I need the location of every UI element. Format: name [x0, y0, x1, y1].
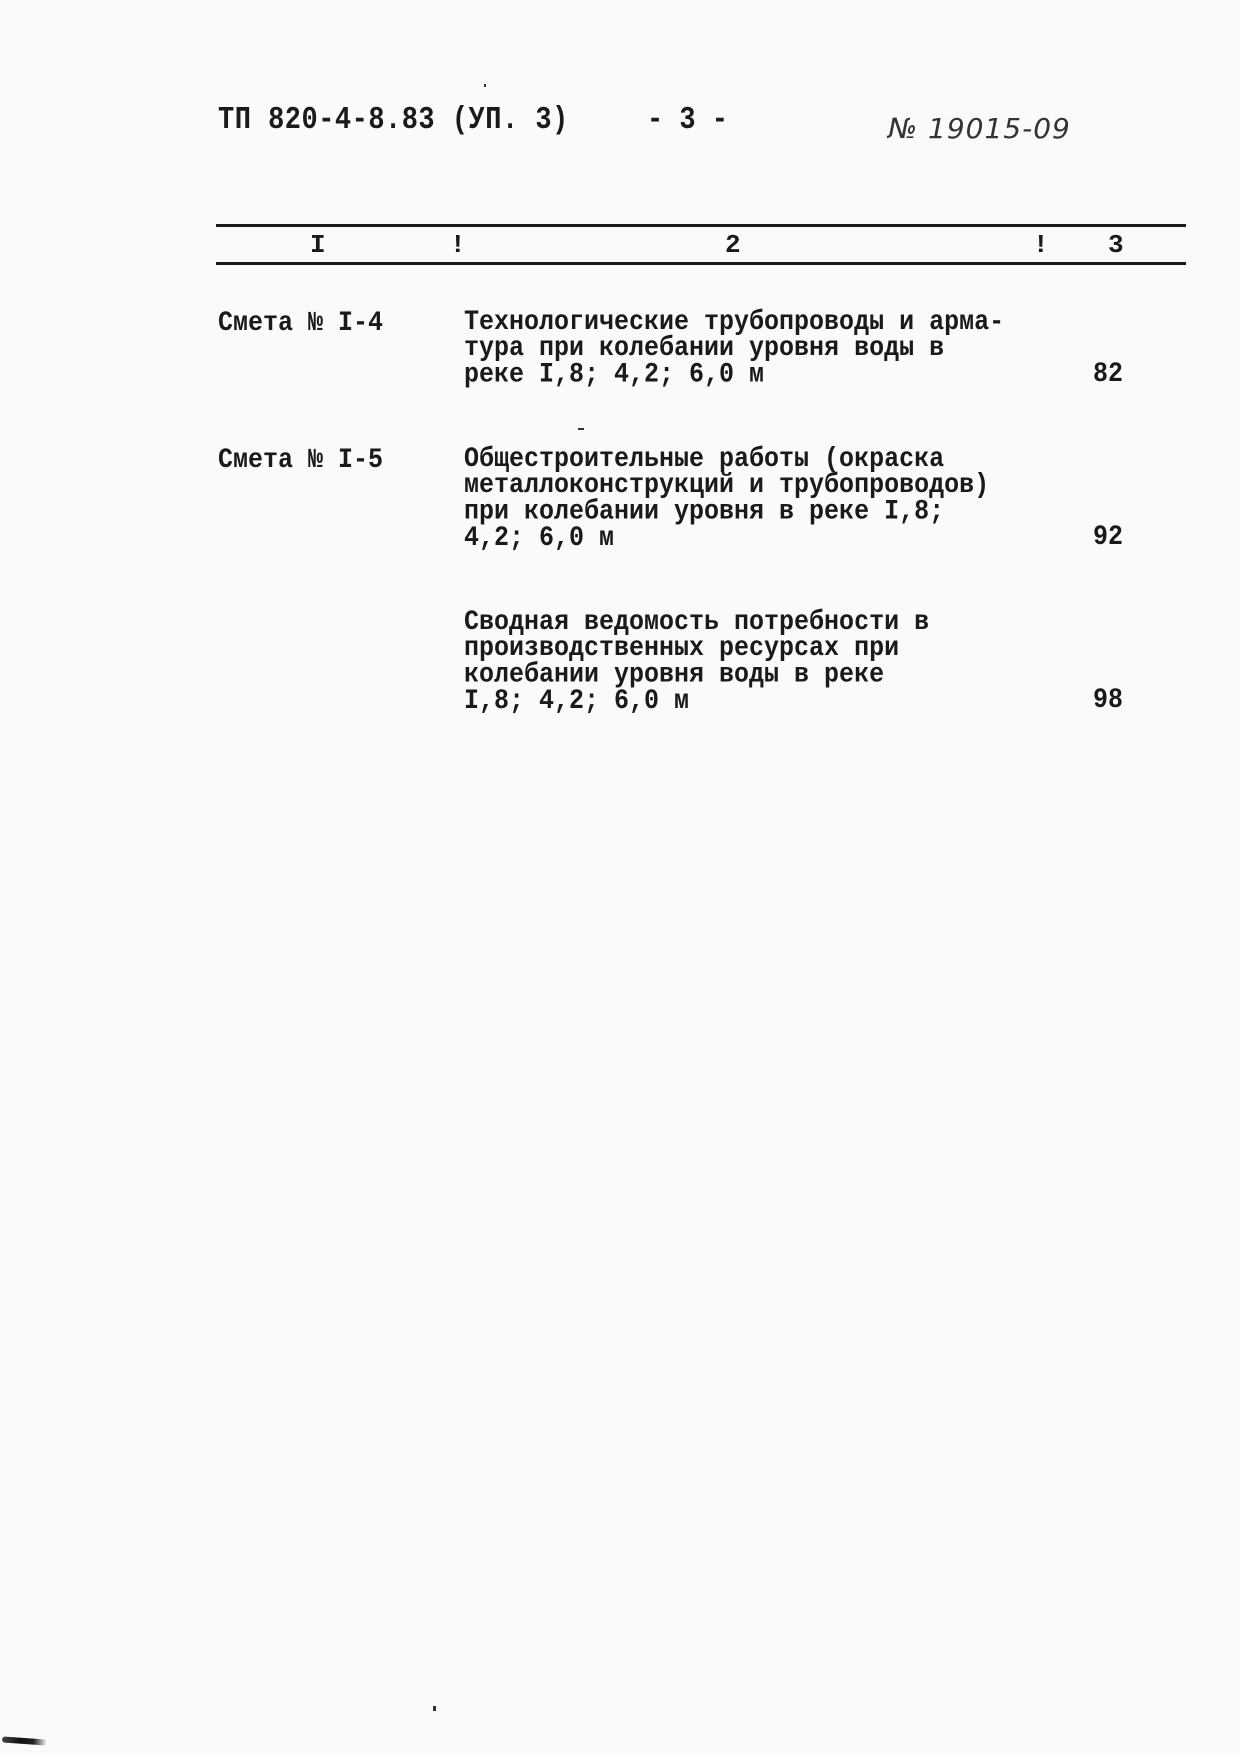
column-header-1: I	[310, 230, 326, 260]
estimate-code: Смета № I-4	[218, 307, 383, 339]
table-top-rule	[216, 224, 1186, 227]
estimate-description: Технологические трубопроводы и арма- тур…	[464, 309, 1024, 388]
estimate-page: 92	[1093, 521, 1123, 553]
scan-mark	[2, 1736, 47, 1745]
column-separator: !	[450, 230, 466, 260]
column-separator: !	[1033, 230, 1049, 260]
summary-page: 98	[1093, 684, 1123, 716]
handwritten-document-number: № 19015-09	[888, 112, 1071, 145]
document-code: ТП 820-4-8.83 (УП. 3)	[218, 104, 569, 139]
scan-speck	[484, 84, 486, 87]
column-header-3: 3	[1108, 230, 1124, 260]
page-number: - 3 -	[647, 104, 728, 139]
scan-speck	[433, 1706, 436, 1711]
estimate-code: Смета № I-5	[218, 444, 383, 476]
estimate-page: 82	[1093, 358, 1123, 390]
column-header-2: 2	[725, 230, 741, 260]
scan-speck	[578, 428, 584, 430]
table-header-bottom-rule	[216, 262, 1186, 265]
estimate-description: Общестроительные работы (окраска металло…	[464, 446, 1024, 552]
summary-description: Сводная ведомость потребности в производ…	[464, 609, 1024, 715]
